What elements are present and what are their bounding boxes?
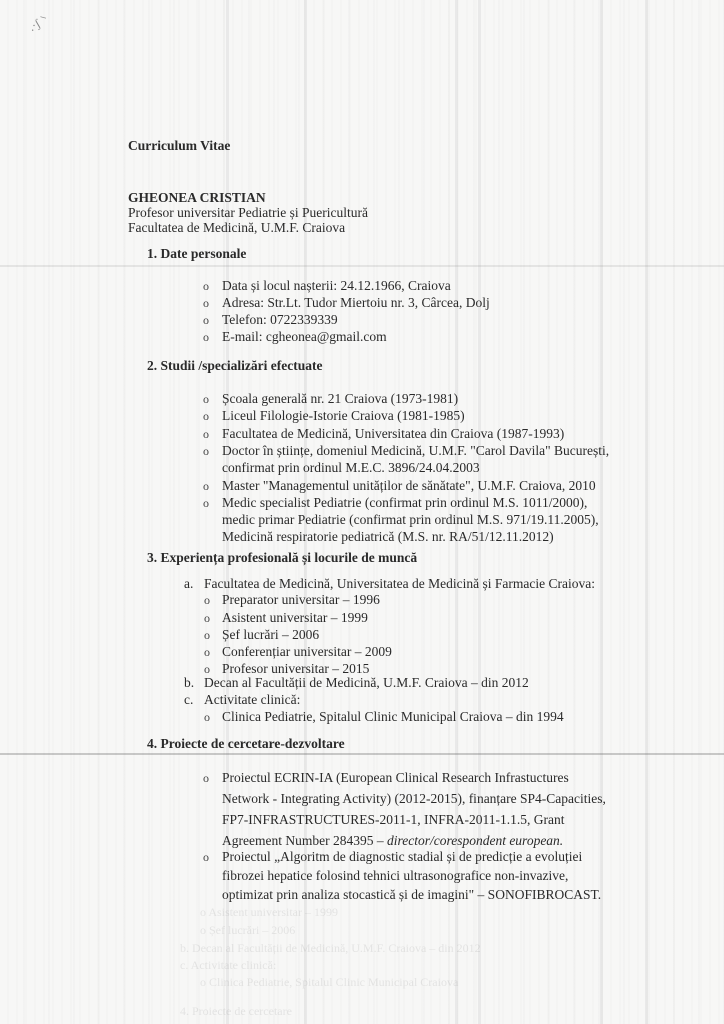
list-item: Asistent universitar – 1999: [222, 610, 368, 626]
list-item: medic primar Pediatrie (confirmat prin o…: [222, 512, 599, 528]
document-title: Curriculum Vitae: [128, 138, 230, 154]
bullet-icon: o: [203, 850, 209, 865]
subsection-marker: a.: [184, 576, 193, 592]
subsection-marker: b.: [184, 675, 194, 691]
project-role: director/corespondent european.: [387, 833, 563, 848]
bullet-icon: o: [203, 392, 209, 407]
bullet-icon: o: [203, 771, 209, 786]
list-item: Medic specialist Pediatrie (confirmat pr…: [222, 495, 587, 511]
section-heading: 2. Studii /specializări efectuate: [147, 358, 322, 374]
project-line: Proiectul ECRIN-IA (European Clinical Re…: [222, 770, 569, 786]
list-item: confirmat prin ordinul M.E.C. 3896/24.04…: [222, 460, 480, 476]
list-item: E-mail: cgheonea@gmail.com: [222, 329, 387, 345]
bullet-icon: o: [203, 330, 209, 345]
list-item: Preparator universitar – 1996: [222, 592, 380, 608]
bullet-icon: o: [204, 593, 210, 608]
project-line: Network - Integrating Activity) (2012-20…: [222, 791, 606, 807]
list-item: Medicină respiratorie pediatrică (M.S. n…: [222, 529, 554, 545]
bullet-icon: o: [204, 628, 210, 643]
person-name: GHEONEA CRISTIAN: [128, 190, 266, 206]
list-item: Doctor în științe, domeniul Medicină, U.…: [222, 443, 609, 459]
bullet-icon: o: [203, 409, 209, 424]
section-heading: 3. Experiența profesională și locurile d…: [147, 550, 417, 566]
list-item: Conferențiar universitar – 2009: [222, 644, 392, 660]
bullet-icon: o: [203, 444, 209, 459]
list-item: Școala generală nr. 21 Craiova (1973-198…: [222, 391, 458, 407]
list-item: Șef lucrări – 2006: [222, 627, 319, 643]
bullet-icon: o: [203, 496, 209, 511]
subsection-marker: c.: [184, 692, 193, 708]
list-item: Clinica Pediatrie, Spitalul Clinic Munic…: [222, 709, 564, 725]
person-position: Profesor universitar Pediatrie și Pueric…: [128, 205, 368, 221]
project-line: fibrozei hepatice folosind tehnici ultra…: [222, 868, 568, 884]
list-item: Data și locul nașterii: 24.12.1966, Crai…: [222, 278, 451, 294]
subsection-text: Facultatea de Medicină, Universitatea de…: [204, 576, 595, 592]
bullet-icon: o: [203, 479, 209, 494]
bullet-icon: o: [204, 710, 210, 725]
list-item: Master "Managementul unităților de sănăt…: [222, 478, 596, 494]
bullet-icon: o: [203, 313, 209, 328]
cv-page: Curriculum Vitae GHEONEA CRISTIAN Profes…: [0, 0, 724, 1024]
project-text: Agreement Number 284395 –: [222, 833, 387, 848]
bullet-icon: o: [203, 279, 209, 294]
section-heading: 4. Proiecte de cercetare-dezvoltare: [147, 736, 345, 752]
list-item: Adresa: Str.Lt. Tudor Miertoiu nr. 3, Câ…: [222, 295, 490, 311]
project-line: FP7-INFRASTRUCTURES-2011-1, INFRA-2011-1…: [222, 812, 565, 828]
project-line: Proiectul „Algoritm de diagnostic stadia…: [222, 849, 582, 865]
subsection-text: Activitate clinică:: [204, 692, 300, 708]
bullet-icon: o: [204, 611, 210, 626]
bullet-icon: o: [203, 427, 209, 442]
section-heading: 1. Date personale: [147, 246, 246, 262]
subsection-text: Decan al Facultății de Medicină, U.M.F. …: [204, 675, 529, 691]
project-line: Agreement Number 284395 – director/cores…: [222, 833, 563, 849]
project-line: optimizat prin analiza stocastică și de …: [222, 887, 601, 903]
list-item: Telefon: 0722339339: [222, 312, 338, 328]
list-item: Facultatea de Medicină, Universitatea di…: [222, 426, 564, 442]
bullet-icon: o: [203, 296, 209, 311]
list-item: Liceul Filologie-Istorie Craiova (1981-1…: [222, 408, 465, 424]
person-faculty: Facultatea de Medicină, U.M.F. Craiova: [128, 220, 345, 236]
bullet-icon: o: [204, 645, 210, 660]
